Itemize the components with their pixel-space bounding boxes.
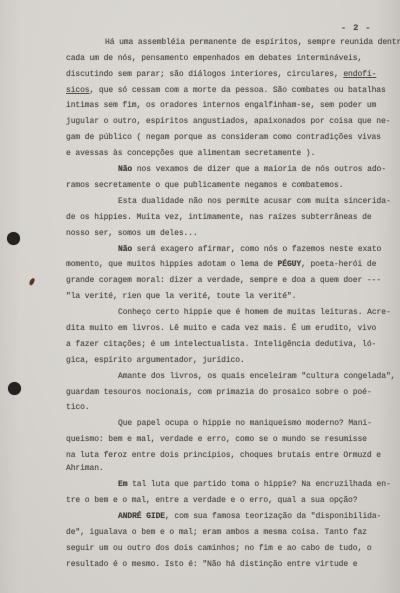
text-line: tico. — [66, 403, 90, 413]
text-line: de", igualava o bem e o mal; eram ambos … — [66, 528, 367, 538]
text-line: momento, que muitos hippies adotam o lem… — [66, 260, 376, 270]
text-line: cada um de nós, pensamento empenhados em… — [66, 54, 362, 64]
text-line: Conheço certo hippie que é homem de muit… — [118, 308, 391, 318]
text-line: Que papel ocupa o hippie no maniqueismo … — [118, 419, 372, 429]
text-line: "la verité, rien que la verité, toute la… — [66, 292, 296, 302]
text-line: e avessas às concepções que alimentam se… — [66, 149, 315, 159]
text-line: Ahriman. — [66, 464, 104, 474]
text-line: Não nos vexamos de dizer que a maioria d… — [118, 165, 386, 175]
text-line: de os hippies. Muita vez, intimamente, n… — [66, 213, 372, 223]
text-line: grande coragem moral: dizer a verdade, s… — [66, 276, 381, 286]
hole-punch — [8, 382, 21, 395]
text-line: ramos secretamente o que publicamente ne… — [66, 181, 343, 191]
text-line: intimas sem fim, os oradores internos en… — [66, 101, 376, 111]
text-line: sicos, que só cessam com a morte da pess… — [66, 86, 386, 96]
text-line: Em tal luta que partido toma o hippie? N… — [118, 480, 391, 490]
text-line: nosso ser, somos um deles... — [66, 229, 198, 239]
text-line: tre o bem e o mal, entre a verdade e o e… — [66, 496, 357, 506]
hole-punch — [7, 232, 20, 245]
text-line: Esta dualidade não nos permite acusar co… — [118, 197, 391, 207]
text-line: discutindo sem parar; são diálogos inter… — [66, 70, 376, 80]
text-line: Há uma assembléia permanente de espírito… — [105, 38, 400, 48]
text-line: queismo: bem e mal, verdade e erro, como… — [66, 435, 367, 445]
text-line: na luta feroz entre dois princípios, cho… — [66, 451, 381, 461]
typed-text: Há uma assembléia permanente de espírito… — [0, 0, 400, 593]
text-line: Amante dos livros, os quais enceleiram "… — [118, 372, 395, 382]
text-line: jugular o outro, espíritos angustiados, … — [66, 117, 390, 127]
text-line: guardam tesouros nocionais, com primazia… — [66, 388, 372, 398]
text-line: resultado é o mesmo. Isto é: "Não há dis… — [66, 560, 357, 570]
text-line: ANDRÉ GIDE, com sua famosa teorização da… — [118, 512, 381, 522]
text-line: seguir um ou outro dos dois caminhos; no… — [66, 544, 372, 554]
text-line: dita muito em livros. Lê muito e cada ve… — [66, 324, 376, 334]
text-line: gica, espírito argumentador, jurídico. — [66, 356, 245, 366]
text-line: gam de público ( negam porque as conside… — [66, 133, 381, 143]
text-line: a fazer citações; é um intelectualista. … — [66, 340, 376, 350]
text-line: Não será exagero afirmar, como nós o faz… — [118, 245, 381, 255]
